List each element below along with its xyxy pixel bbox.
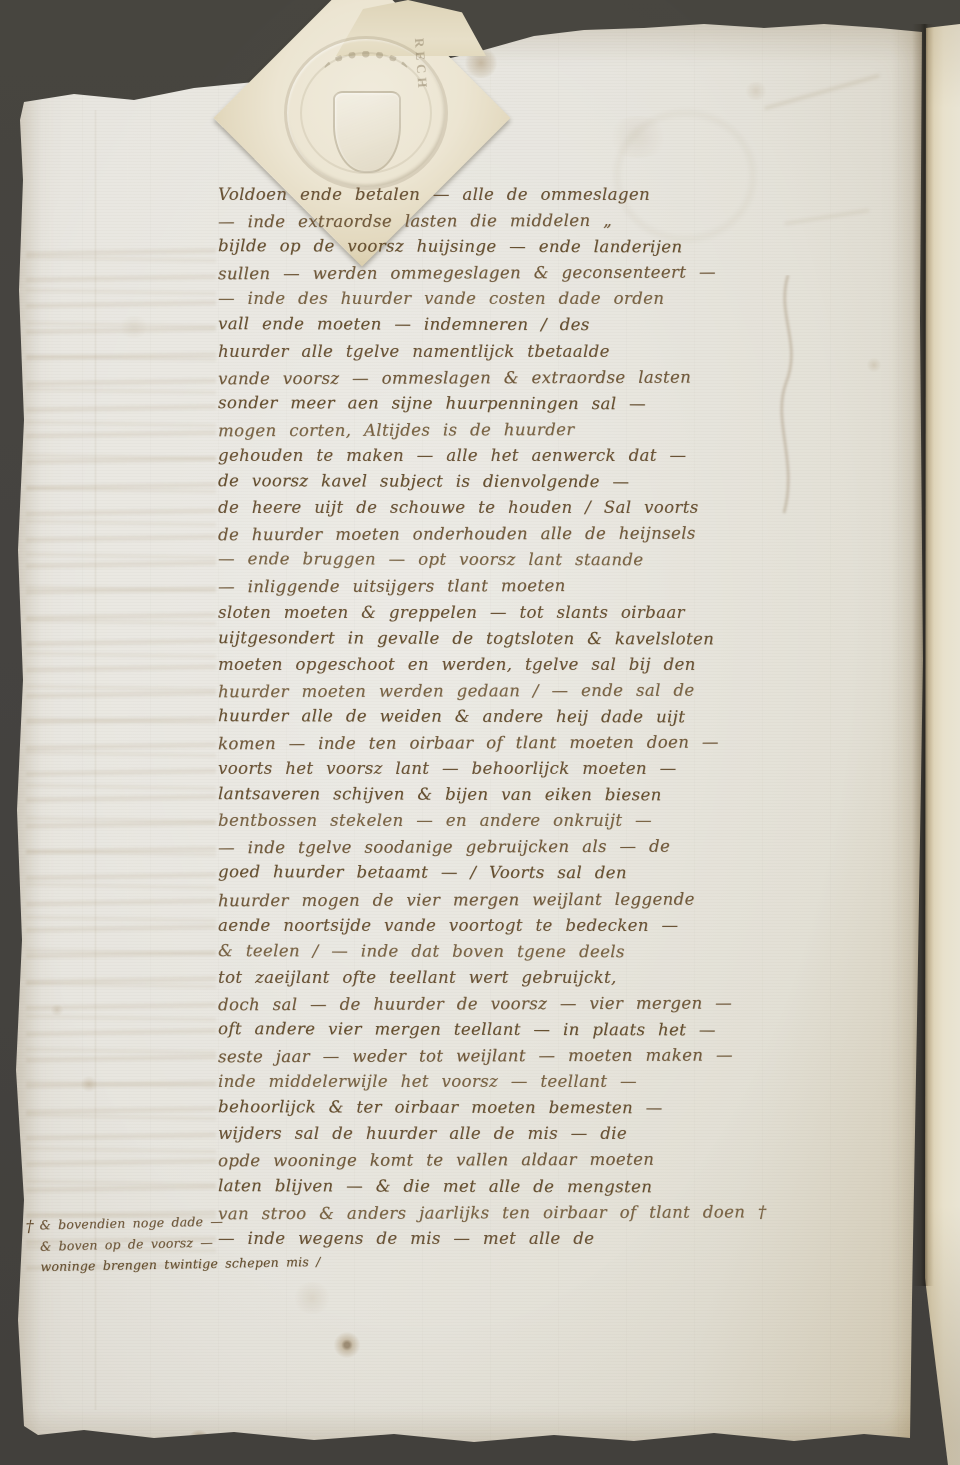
manuscript-line: huurder alle tgelve namentlijck tbetaald… — [218, 339, 918, 365]
manuscript-line: tot zaeijlant ofte teellant wert gebruij… — [218, 965, 918, 991]
manuscript-line: — inliggende uitsijgers tlant moeten — [218, 572, 918, 601]
manuscript-line: gehouden te maken — alle het aenwerck da… — [218, 443, 918, 469]
manuscript-line: vande voorsz — ommeslagen & extraordse l… — [218, 363, 918, 392]
manuscript-line: sloten moeten & greppelen — tot slants o… — [218, 600, 918, 626]
manuscript-line: — inde wegens de mis — met alle de — [218, 1226, 918, 1252]
manuscript-line: moeten opgeschoot en werden, tgelve sal … — [218, 652, 918, 678]
margin-note-line: woninge brengen twintige schepen mis / — [40, 1252, 284, 1277]
seal-impression: RECH — [284, 36, 448, 190]
manuscript-line: vall ende moeten — indemneren / des — [218, 312, 918, 340]
manuscript-line: laten blijven — & die met alle de mengst… — [218, 1173, 918, 1201]
manuscript-line: mogen corten, Altijdes is de huurder — [218, 416, 918, 445]
margin-note-lines: & bovendien noge dade —& boven op de voo… — [23, 1209, 284, 1277]
manuscript-line: & teelen / — inde dat boven tgene deels — [218, 938, 918, 966]
manuscript-line: uijtgesondert in gevalle de togtsloten &… — [218, 625, 918, 653]
manuscript-line: — inde des huurder vande costen dade ord… — [218, 286, 918, 312]
manuscript-line: huurder moeten werden gedaan / — ende sa… — [218, 677, 918, 706]
margin-note: † & bovendien noge dade —& boven op de v… — [23, 1209, 284, 1277]
manuscript-line: huurder mogen de vier mergen weijlant le… — [218, 885, 918, 914]
manuscript-line: seste jaar — weder tot weijlant — moeten… — [218, 1042, 918, 1071]
manuscript-line: bijlde op de voorsz huijsinge — ende lan… — [218, 233, 918, 261]
margin-note-dagger: † — [25, 1217, 33, 1236]
manuscript-text: Voldoen ende betalen — alle de ommeslage… — [218, 182, 918, 1252]
manuscript-line: opde wooninge komt te vallen aldaar moet… — [218, 1146, 918, 1175]
manuscript-line: — inde extraordse lasten die middelen „ — [218, 207, 918, 236]
manuscript-line: de huurder moeten onderhouden alle de he… — [218, 520, 918, 549]
manuscript-line: — ende bruggen — opt voorsz lant staande — [218, 546, 918, 574]
manuscript-line: komen — inde ten oirbaar of tlant moeten… — [218, 729, 918, 758]
seal-shield — [333, 91, 401, 173]
manuscript-line: wijders sal de huurder alle de mis — die — [218, 1121, 918, 1147]
seal-crown — [323, 51, 409, 94]
manuscript-line: — inde tgelve soodanige gebruijcken als … — [218, 833, 918, 862]
scan-background: RECH Voldoen ende betalen — alle de omme… — [0, 0, 960, 1465]
manuscript-line: bentbossen stekelen — en andere onkruijt… — [218, 808, 918, 834]
manuscript-line: Voldoen ende betalen — alle de ommeslage… — [218, 182, 918, 208]
manuscript-line: behoorlijck & ter oirbaar moeten bemeste… — [218, 1094, 918, 1122]
manuscript-line: sullen — werden ommegeslagen & geconsent… — [218, 259, 918, 288]
manuscript-line: de voorsz kavel subject is dienvolgende … — [218, 468, 918, 496]
manuscript-line: inde middelerwijle het voorsz — teellant… — [218, 1069, 918, 1095]
manuscript-line: aende noortsijde vande voortogt te bedec… — [218, 913, 918, 939]
manuscript-line: lantsaveren schijven & bijen van eiken b… — [218, 781, 918, 809]
manuscript-line: oft andere vier mergen teellant — in pla… — [218, 1016, 918, 1044]
manuscript-line: de heere uijt de schouwe te houden / Sal… — [218, 495, 918, 521]
manuscript-line: goed huurder betaamt — / Voorts sal den — [218, 860, 918, 888]
manuscript-line: van stroo & anders jaarlijks ten oirbaar… — [218, 1198, 918, 1227]
manuscript-line: sonder meer aen sijne huurpenningen sal … — [218, 390, 918, 418]
manuscript-line: voorts het voorsz lant — behoorlijck moe… — [218, 756, 918, 782]
manuscript-line: doch sal — de huurder de voorsz — vier m… — [218, 990, 918, 1019]
manuscript-line: huurder alle de weiden & andere heij dad… — [218, 703, 918, 731]
